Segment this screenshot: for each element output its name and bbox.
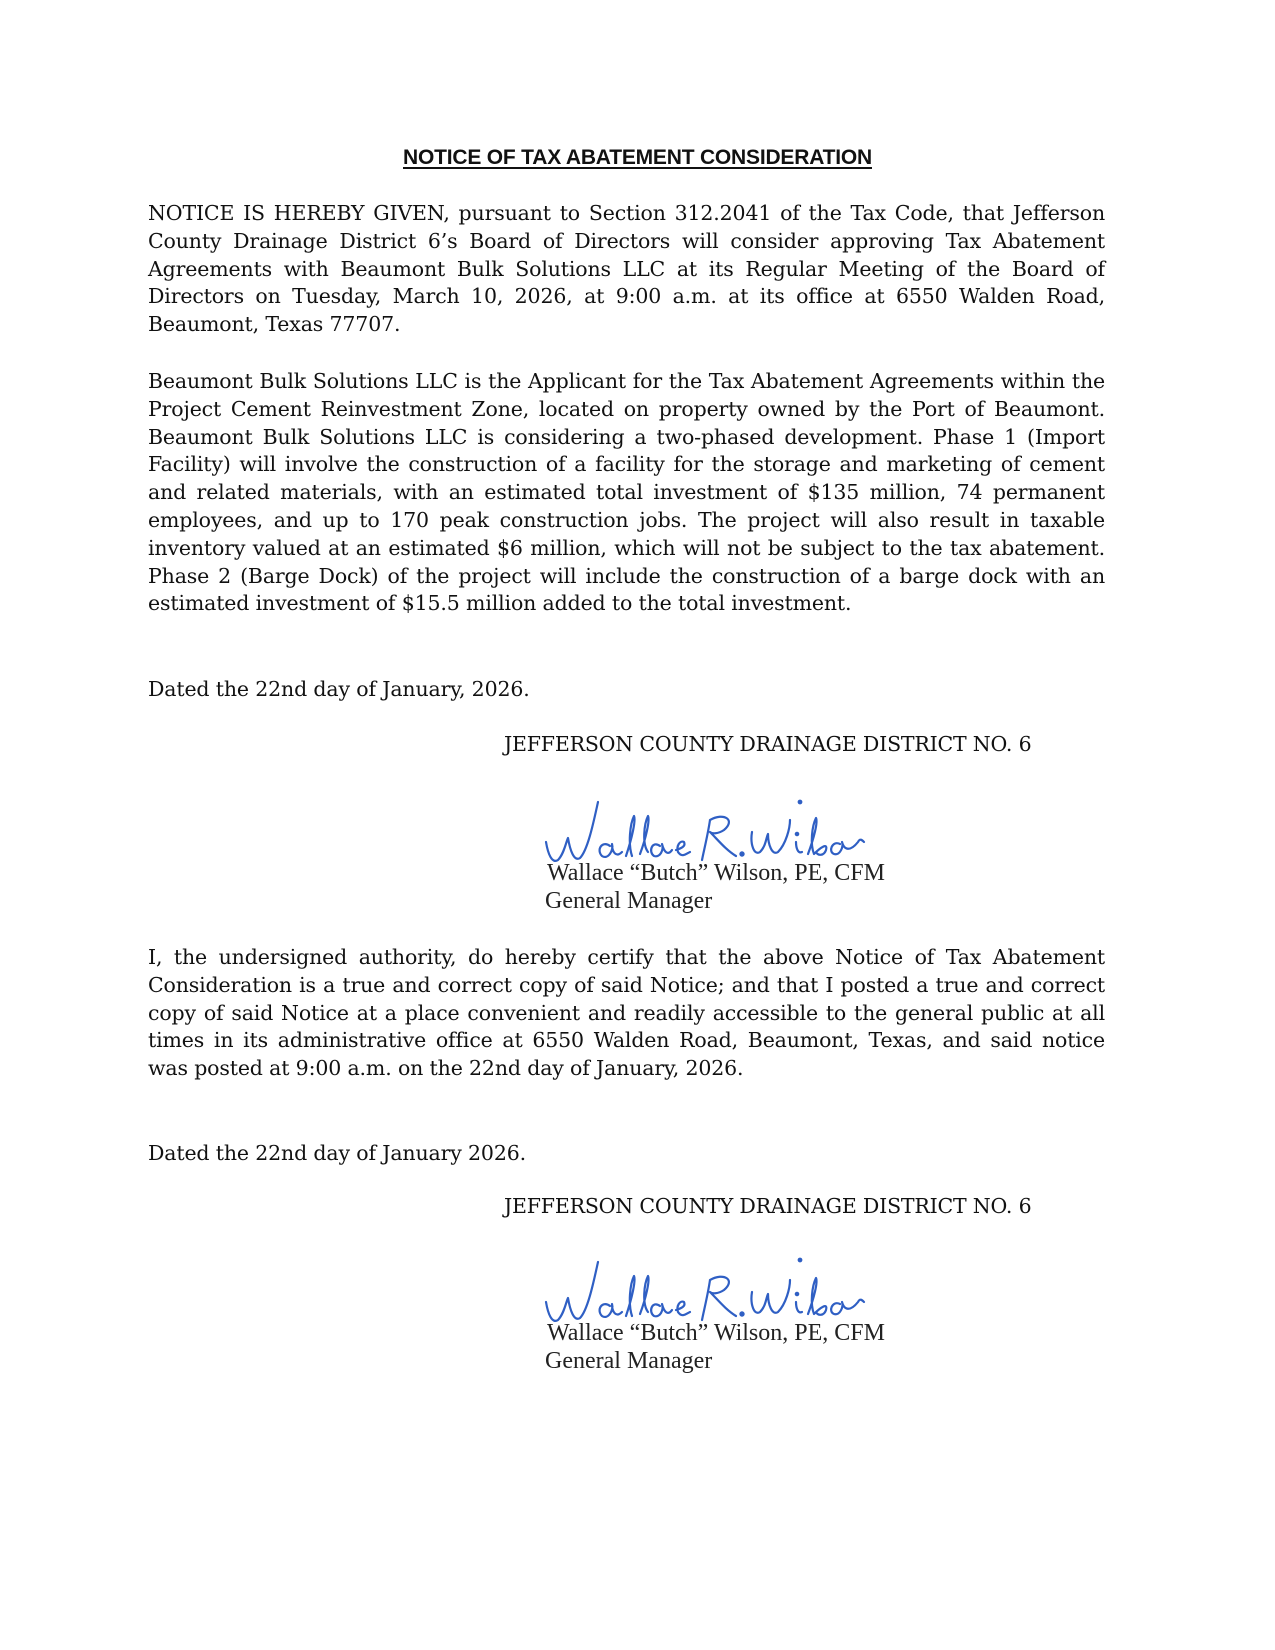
document-page: NOTICE OF TAX ABATEMENT CONSIDERATION NO…	[0, 0, 1275, 1650]
applicant-paragraph: Beaumont Bulk Solutions LLC is the Appli…	[148, 368, 1105, 618]
signer-name-1: Wallace “Butch” Wilson, PE, CFM	[547, 860, 885, 887]
dated-line-2: Dated the 22nd day of January 2026.	[148, 1140, 1105, 1168]
organization-name-1: JEFFERSON COUNTY DRAINAGE DISTRICT NO. 6	[504, 732, 1031, 756]
signer-name-2: Wallace “Butch” Wilson, PE, CFM	[547, 1320, 885, 1347]
signer-title-1: General Manager	[545, 888, 712, 915]
certification-paragraph: I, the undersigned authority, do hereby …	[148, 944, 1105, 1083]
document-title: NOTICE OF TAX ABATEMENT CONSIDERATION	[0, 146, 1275, 170]
signer-title-2: General Manager	[545, 1348, 712, 1375]
organization-name-2: JEFFERSON COUNTY DRAINAGE DISTRICT NO. 6	[504, 1194, 1031, 1218]
dated-line-1: Dated the 22nd day of January, 2026.	[148, 676, 1105, 704]
notice-paragraph: NOTICE IS HEREBY GIVEN, pursuant to Sect…	[148, 200, 1105, 339]
